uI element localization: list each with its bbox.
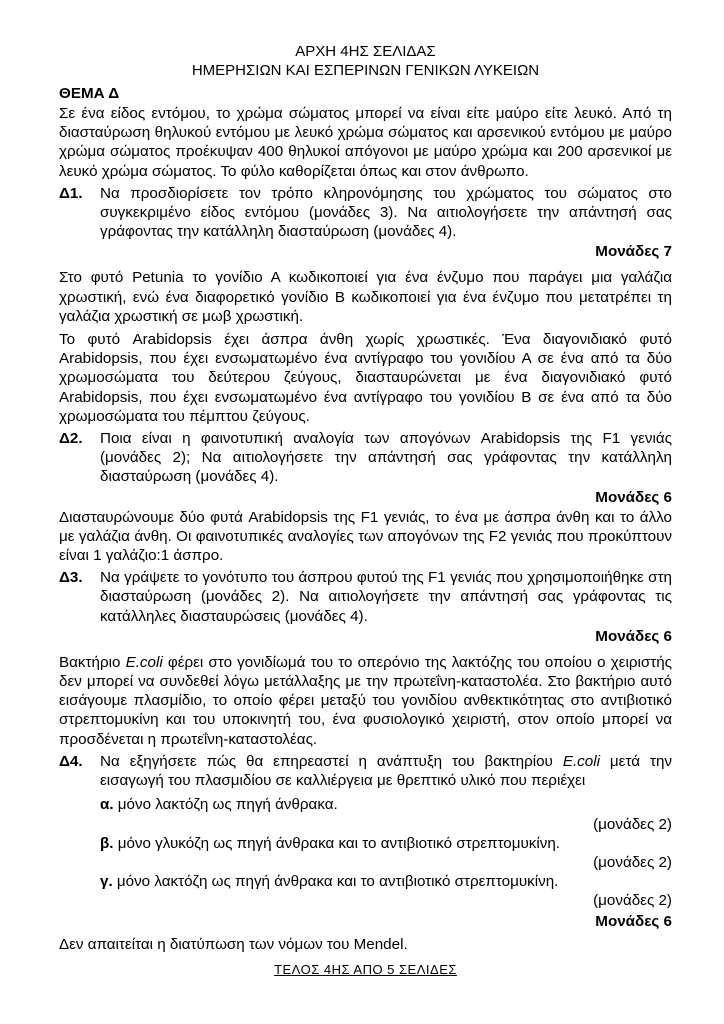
theme-title: ΘΕΜΑ Δ [59, 84, 672, 104]
mendel-note: Δεν απαιτείται η διατύπωση των νόμων του… [59, 935, 672, 954]
intro-petunia: Στο φυτό Petunia το γονίδιο Α κωδικοποιε… [59, 268, 672, 326]
question-text: Να γράψετε το γονότυπο του άσπρου φυτού … [100, 568, 672, 626]
question-text: Ποια είναι η φαινοτυπική αναλογία των απ… [100, 429, 672, 487]
question-number: Δ1. [59, 184, 100, 242]
header-page-start: ΑΡΧΗ 4ΗΣ ΣΕΛΙΔΑΣ [59, 42, 672, 61]
header-school-type: ΗΜΕΡΗΣΙΩΝ ΚΑΙ ΕΣΠΕΡΙΝΩΝ ΓΕΝΙΚΩΝ ΛΥΚΕΙΩΝ [59, 61, 672, 80]
subquestion-c: γ. μόνο λακτόζη ως πηγή άνθρακα και το α… [100, 872, 672, 891]
question-d2: Δ2. Ποια είναι η φαινοτυπική αναλογία τω… [59, 429, 672, 487]
question-text: Να εξηγήσετε πώς θα επηρεαστεί η ανάπτυξ… [100, 752, 672, 790]
question-number: Δ3. [59, 568, 100, 626]
intro-insect: Σε ένα είδος εντόμου, το χρώμα σώματος μ… [59, 104, 672, 181]
question-d3-marks: Μονάδες 6 [59, 627, 672, 647]
question-d2-marks: Μονάδες 6 [59, 488, 672, 508]
intro-f2-cross: Διασταυρώνουμε δύο φυτά Arabidopsis της … [59, 508, 672, 566]
subquestion-a-marks: (μονάδες 2) [59, 815, 672, 834]
question-d3: Δ3. Να γράψετε το γονότυπο του άσπρου φυ… [59, 568, 672, 626]
question-number: Δ2. [59, 429, 100, 487]
intro-ecoli: Βακτήριο E.coli φέρει στο γονιδίωμά του … [59, 653, 672, 749]
subquestion-b: β. μόνο γλυκόζη ως πηγή άνθρακα και το α… [100, 834, 672, 853]
subquestion-c-marks: (μονάδες 2) [59, 891, 672, 910]
page-footer: ΤΕΛΟΣ 4ΗΣ ΑΠΟ 5 ΣΕΛΙΔΕΣ [59, 962, 672, 977]
intro-arabidopsis: Το φυτό Arabidopsis έχει άσπρα άνθη χωρί… [59, 330, 672, 426]
organism-name: E.coli [563, 753, 600, 770]
question-number: Δ4. [59, 752, 100, 790]
question-d4-marks: Μονάδες 6 [59, 912, 672, 932]
question-d4: Δ4. Να εξηγήσετε πώς θα επηρεαστεί η ανά… [59, 752, 672, 790]
subquestion-a: α. μόνο λακτόζη ως πηγή άνθρακα. [100, 795, 672, 814]
question-text: Να προσδιορίσετε τον τρόπο κληρονόμησης … [100, 184, 672, 242]
subquestion-b-marks: (μονάδες 2) [59, 853, 672, 872]
question-d1-marks: Μονάδες 7 [59, 242, 672, 262]
organism-name: E.coli [126, 654, 163, 671]
exam-page: ΑΡΧΗ 4ΗΣ ΣΕΛΙΔΑΣ ΗΜΕΡΗΣΙΩΝ ΚΑΙ ΕΣΠΕΡΙΝΩΝ… [59, 42, 672, 977]
page-header: ΑΡΧΗ 4ΗΣ ΣΕΛΙΔΑΣ ΗΜΕΡΗΣΙΩΝ ΚΑΙ ΕΣΠΕΡΙΝΩΝ… [59, 42, 672, 80]
question-d1: Δ1. Να προσδιορίσετε τον τρόπο κληρονόμη… [59, 184, 672, 242]
